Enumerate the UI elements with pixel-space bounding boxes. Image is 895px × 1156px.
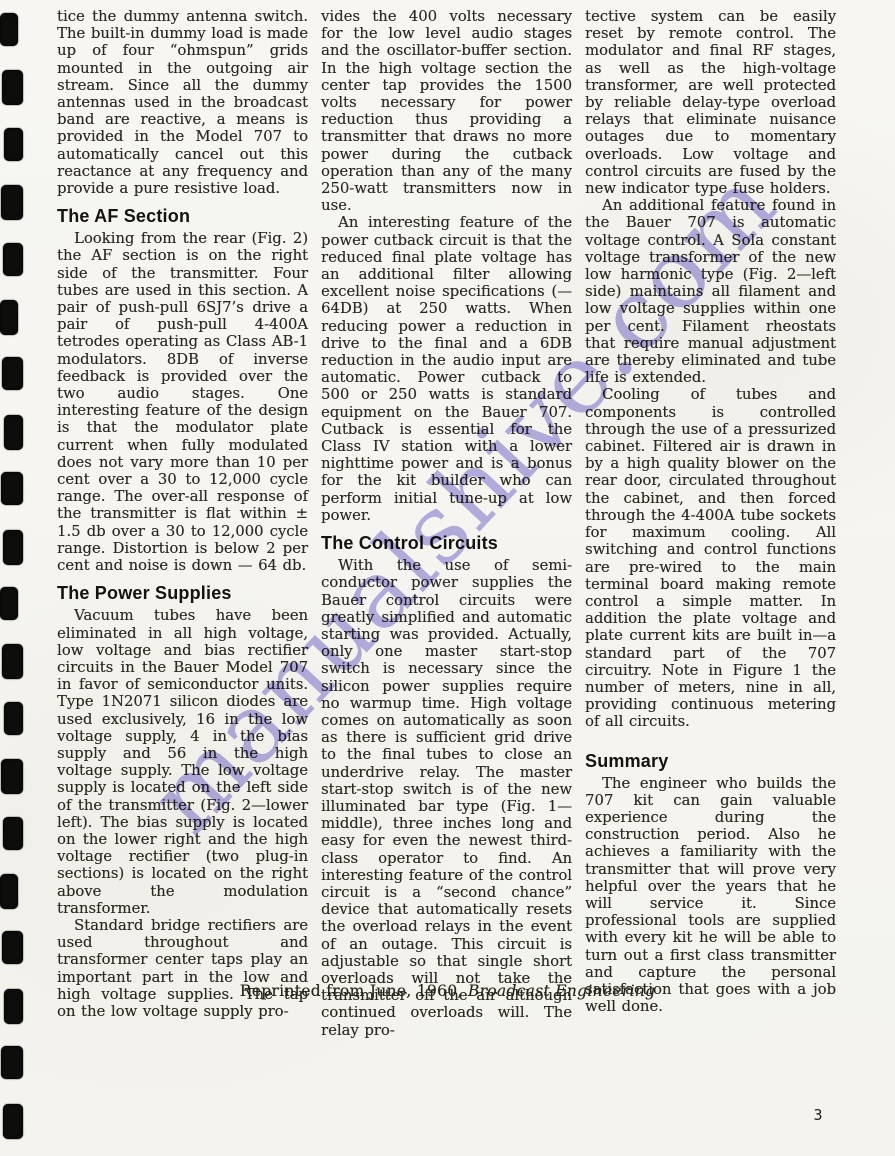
paragraph-power-supplies: Vacuum tubes have been eliminated in all… <box>57 607 308 917</box>
paragraph-power-cutback: An interesting feature of the power cutb… <box>321 214 572 524</box>
column-left: tice the dummy antenna switch. The built… <box>57 8 308 1039</box>
magazine-title: Broadcast Engineering <box>468 982 655 1000</box>
binding-hole <box>0 300 18 335</box>
column-right: tective system can be easily reset by re… <box>585 8 836 1039</box>
paragraph-bridge-rectifiers: Standard bridge rectifiers are used thro… <box>57 917 308 1020</box>
binding-hole <box>0 587 18 620</box>
paragraph-voltage-control: An additional feature found in the Bauer… <box>585 197 836 386</box>
binding-hole <box>3 243 23 276</box>
binding-hole <box>2 644 23 679</box>
binding-hole <box>4 415 23 450</box>
heading-summary: Summary <box>585 751 836 771</box>
paragraph-dummy-antenna: tice the dummy antenna switch. The built… <box>57 8 308 197</box>
paragraph-summary: The engineer who builds the 707 kit can … <box>585 775 836 1016</box>
heading-af-section: The AF Section <box>57 206 308 226</box>
binding-hole <box>3 530 23 565</box>
binding-hole <box>4 128 23 161</box>
binding-hole <box>3 1104 23 1139</box>
reprint-credit-prefix: Reprinted from June, 1960, <box>240 982 468 1000</box>
binding-hole <box>2 931 23 964</box>
binding-hole <box>2 70 23 105</box>
binding-hole <box>1 1046 23 1079</box>
binding-hole <box>3 817 23 850</box>
paragraph-control-circuits: With the use of semi-conductor power sup… <box>321 557 572 1039</box>
paragraph-cooling: Cooling of tubes and components is contr… <box>585 386 836 730</box>
paragraph-voltage-taps: vides the 400 volts necessary for the lo… <box>321 8 572 214</box>
heading-power-supplies: The Power Supplies <box>57 583 308 603</box>
paragraph-protective-system: tective system can be easily reset by re… <box>585 8 836 197</box>
binding-hole <box>4 702 23 735</box>
paragraph-af-section: Looking from the rear (Fig. 2) the AF se… <box>57 230 308 574</box>
binding-hole <box>1 759 23 794</box>
reprint-credit: Reprinted from June, 1960, Broadcast Eng… <box>0 982 895 1000</box>
heading-control-circuits: The Control Circuits <box>321 533 572 553</box>
column-middle: vides the 400 volts necessary for the lo… <box>321 8 572 1039</box>
binding-hole <box>1 472 23 505</box>
article-columns: tice the dummy antenna switch. The built… <box>57 8 836 1039</box>
binding-hole <box>0 13 18 46</box>
binding-hole <box>2 357 23 390</box>
binding-hole <box>1 185 23 220</box>
binding-hole <box>0 874 18 909</box>
page-number: 3 <box>806 1106 830 1124</box>
